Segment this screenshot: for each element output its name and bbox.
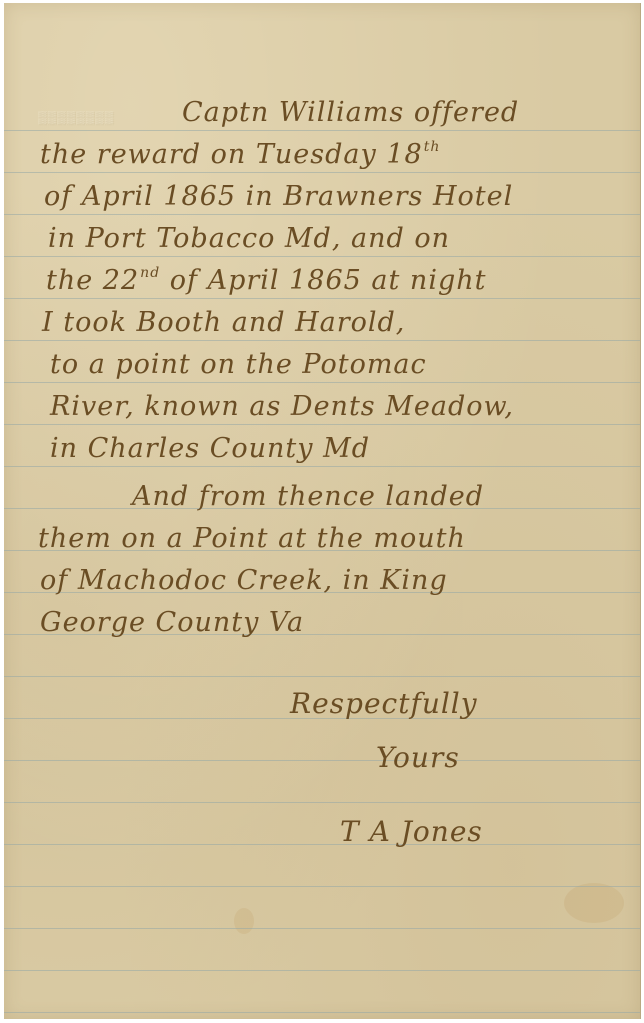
- letter-line: them on a Point at the mouth: [38, 523, 466, 554]
- ruled-line: [4, 676, 640, 677]
- letter-line: I took Booth and Harold,: [42, 307, 405, 338]
- ruled-line: [4, 760, 640, 761]
- letter-line: George County Va: [40, 607, 304, 638]
- letter-line: to a point on the Potomac: [50, 349, 427, 380]
- letter-line: in Port Tobacco Md, and on: [48, 223, 450, 254]
- ruled-line: [4, 340, 640, 341]
- ruled-line: [4, 886, 640, 887]
- ruled-line: [4, 424, 640, 425]
- letter-line: Captn Williams offered: [182, 97, 519, 128]
- ruled-line: [4, 1012, 640, 1013]
- letter-page: ▒▒▒▒▒▒▒▒ Captn Williams offered the rewa…: [4, 3, 641, 1019]
- ruled-line: [4, 466, 640, 467]
- ruled-line: [4, 214, 640, 215]
- closing-yours: Yours: [376, 741, 460, 774]
- ruled-line: [4, 382, 640, 383]
- paper-stain: [564, 883, 624, 923]
- letter-line: And from thence landed: [132, 481, 484, 512]
- signature: T A Jones: [340, 815, 483, 848]
- ruled-line: [4, 298, 640, 299]
- ruled-line: [4, 802, 640, 803]
- letter-line: in Charles County Md: [50, 433, 370, 464]
- paper-stain: [234, 908, 254, 934]
- ruled-line: [4, 256, 640, 257]
- ruled-line: [4, 130, 640, 131]
- letter-line: the reward on Tuesday 18th: [40, 139, 440, 170]
- ruled-line: [4, 970, 640, 971]
- closing-salutation: Respectfully: [290, 687, 478, 720]
- letter-line: of April 1865 in Brawners Hotel: [44, 181, 513, 212]
- ruled-line: [4, 928, 640, 929]
- embossed-stamp: ▒▒▒▒▒▒▒▒: [38, 110, 114, 125]
- letter-line: River, known as Dents Meadow,: [50, 391, 514, 422]
- ruled-line: [4, 844, 640, 845]
- letter-line: the 22nd of April 1865 at night: [46, 265, 486, 296]
- letter-line: of Machodoc Creek, in King: [40, 565, 448, 596]
- ruled-line: [4, 172, 640, 173]
